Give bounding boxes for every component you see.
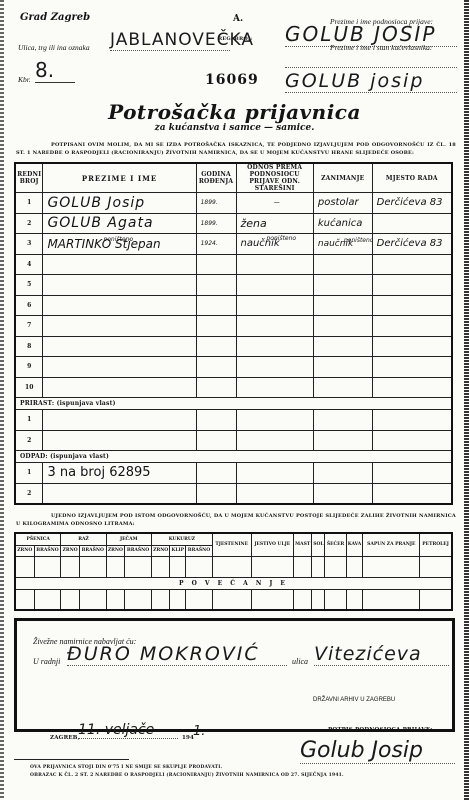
household-row: 4 — [15, 254, 452, 275]
birth-year — [196, 254, 236, 275]
birth-year — [196, 275, 236, 296]
row-number: 1 — [15, 193, 43, 214]
prirast-row: 1 — [15, 410, 452, 431]
workplace — [372, 377, 452, 398]
odpad-label: ODPAD: (ispunjava vlast) — [15, 451, 452, 463]
col-header: KAVA — [346, 533, 363, 556]
birth-year: 1899. — [196, 193, 236, 214]
relation — [236, 377, 313, 398]
supplies-group-header-row: PŠENICA RAŽ JEČAM KUKURUZ TJESTENINE JES… — [15, 533, 452, 545]
workplace — [372, 357, 452, 378]
workplace — [372, 275, 452, 296]
street-label: Ulica, trg ili ina oznaka — [18, 43, 90, 52]
birth-year: 1924. — [196, 234, 236, 255]
place-label: ZAGREB, — [50, 735, 80, 741]
row-number: 1 — [15, 410, 43, 431]
form-letter: A. — [233, 14, 243, 24]
household-header-row: REDNI BROJ PREZIME I IME GODINA ROĐENJA … — [15, 163, 452, 193]
increase-values-row — [15, 589, 452, 610]
birth-year: 1899. — [196, 213, 236, 234]
col-header-occupation: ZANIMANJE — [313, 163, 372, 193]
sub-header: BRAŠNO — [79, 545, 106, 556]
person-name — [43, 254, 196, 275]
relation — [236, 275, 313, 296]
prirast-label: PRIRAST: (ispunjava vlast) — [15, 398, 452, 410]
form-reference-note: OBRAZAC K ČL. 2 ST. 2 NAREDBE O RASPODJE… — [30, 773, 344, 778]
col-header-workplace: MJESTO RADA — [372, 163, 452, 193]
cancelled-stamp: poništeno — [267, 235, 297, 242]
owner-blank-line — [285, 66, 457, 68]
col-header: SOL — [312, 533, 325, 556]
row-number: 2 — [15, 213, 43, 234]
sub-header: BRAŠNO — [34, 545, 61, 556]
occupation: kućanica — [313, 213, 372, 234]
owner-value: GOLUB josip — [285, 70, 457, 93]
footer-rule — [14, 759, 129, 760]
sub-header: ZRNO — [106, 545, 124, 556]
birth-year — [196, 336, 236, 357]
household-row: 2 GOLUB Agata 1899. žena kućanica — [15, 213, 452, 234]
col-header: TJESTENINE — [212, 533, 251, 556]
workplace — [372, 316, 452, 337]
date-value: 11. veljače — [78, 722, 178, 739]
occupation: naučnikponišteno — [313, 234, 372, 255]
person-name: GOLUB Agata — [43, 213, 196, 234]
owner-label: Prezime i ime i stan kućevlasnika: — [330, 43, 432, 52]
prirast-row: 2 — [15, 430, 452, 451]
shop-street-label: ulica — [292, 657, 308, 666]
shop-label: U radnji — [33, 657, 60, 666]
sub-header: BRAŠNO — [125, 545, 152, 556]
occupation — [313, 295, 372, 316]
city-label: Grad Zagreb — [20, 12, 90, 23]
odpad-section-header: ODPAD: (ispunjava vlast) — [15, 451, 452, 463]
odpad-note: 3 na broj 62895 — [43, 463, 196, 484]
workplace — [372, 336, 452, 357]
col-header: JESTIVO ULJE — [251, 533, 293, 556]
occupation — [313, 316, 372, 337]
household-table: REDNI BROJ PREZIME I IME GODINA ROĐENJA … — [14, 162, 453, 505]
signature-label: POTPIS PODNOSIOCA PRIJAVE: — [328, 727, 432, 733]
occupation — [313, 254, 372, 275]
shop-value: ĐURO MOKROVIĆ — [67, 643, 287, 666]
relation — [236, 336, 313, 357]
occupation: postolar — [313, 193, 372, 214]
person-name — [43, 275, 196, 296]
sub-header: ZRNO — [15, 545, 34, 556]
supplies-text: UJEDNO IZJAVLJUJEM POD ISTOM ODGOVORNOŠĆ… — [16, 512, 456, 528]
registration-number: 16069 — [205, 72, 259, 88]
sub-header: KLIP — [170, 545, 186, 556]
house-number-value: 8. — [35, 58, 75, 83]
increase-label: P O V E Ć A N J E — [15, 577, 452, 589]
row-number: 1 — [15, 463, 43, 484]
supplies-table: PŠENICA RAŽ JEČAM KUKURUZ TJESTENINE JES… — [14, 532, 453, 611]
household-row: 10 — [15, 377, 452, 398]
workplace — [372, 295, 452, 316]
relation: naučnikponišteno — [236, 234, 313, 255]
person-name: MARTINKO Stjepanponišteno — [43, 234, 196, 255]
household-row-cancelled: 3 MARTINKO Stjepanponišteno 1924. naučni… — [15, 234, 452, 255]
household-row: 8 — [15, 336, 452, 357]
workplace: Derčićeva 83 — [372, 234, 452, 255]
occupation — [313, 357, 372, 378]
house-number-label: Kbr. — [18, 75, 31, 84]
workplace: Derčićeva 83 — [372, 193, 452, 214]
household-row: 9 — [15, 357, 452, 378]
signature-value: Golub Josip — [300, 738, 455, 764]
street-value: JABLANOVEČKA — [110, 30, 230, 51]
group-header: KUKURUZ — [151, 533, 212, 545]
col-header: ŠEĆER — [325, 533, 346, 556]
row-number: 2 — [15, 430, 43, 451]
supplies-values-row — [15, 556, 452, 577]
birth-year — [196, 295, 236, 316]
shop-box: Živežne namirnice nabavljat ću: U radnji… — [14, 618, 455, 732]
increase-row: P O V E Ć A N J E — [15, 577, 452, 589]
row-number: 6 — [15, 295, 43, 316]
group-header: JEČAM — [106, 533, 151, 545]
col-header: SAPUN ZA PRANJE — [363, 533, 420, 556]
row-number: 5 — [15, 275, 43, 296]
year-suffix: 1. — [193, 724, 205, 739]
occupation — [313, 336, 372, 357]
person-name — [43, 316, 196, 337]
birth-year — [196, 357, 236, 378]
relation: žena — [236, 213, 313, 234]
col-header-relation: ODNOS PREMA PODNOSIOCU PRIJAVE ODN. STAR… — [236, 163, 313, 193]
relation — [236, 295, 313, 316]
person-name — [43, 295, 196, 316]
row-number: 2 — [15, 483, 43, 504]
person-name — [43, 336, 196, 357]
relation — [236, 357, 313, 378]
relation: — — [236, 193, 313, 214]
odpad-row: 2 — [15, 483, 452, 504]
row-number: 9 — [15, 357, 43, 378]
row-number: 8 — [15, 336, 43, 357]
relation — [236, 254, 313, 275]
col-header: PETROLEJ — [420, 533, 452, 556]
group-header: PŠENICA — [15, 533, 61, 545]
sub-header: BRAŠNO — [186, 545, 213, 556]
price-note: OVA PRIJAVNICA STOJI DIN 0'75 I NE SMIJE… — [30, 765, 222, 770]
person-name — [43, 357, 196, 378]
cancelled-stamp: poništeno — [103, 236, 133, 243]
household-row: 5 — [15, 275, 452, 296]
intro-text: POTPISANI OVIM MOLIM, DA MI SE IZDA POTR… — [16, 141, 456, 157]
odpad-row: 13 na broj 62895 — [15, 463, 452, 484]
sub-header: ZRNO — [61, 545, 79, 556]
birth-year — [196, 377, 236, 398]
occupation — [313, 377, 372, 398]
household-row: 1 GOLUB Josip 1899. — postolar Derčićeva… — [15, 193, 452, 214]
col-header-birth-year: GODINA ROĐENJA — [196, 163, 236, 193]
prirast-section-header: PRIRAST: (ispunjava vlast) — [15, 398, 452, 410]
form-subtitle: za kućanstva i samce — samice. — [0, 123, 469, 133]
col-header-name: PREZIME I IME — [43, 163, 196, 193]
shop-street-value: Vitezićeva — [314, 643, 449, 666]
form-title: Potrošačka prijavnica — [0, 100, 469, 124]
row-number: 7 — [15, 316, 43, 337]
workplace — [372, 254, 452, 275]
household-row: 7 — [15, 316, 452, 337]
relation — [236, 316, 313, 337]
person-name: GOLUB Josip — [43, 193, 196, 214]
household-row: 6 — [15, 295, 452, 316]
row-number: 3 — [15, 234, 43, 255]
person-name — [43, 377, 196, 398]
birth-year — [196, 316, 236, 337]
workplace — [372, 213, 452, 234]
row-number: 4 — [15, 254, 43, 275]
cancelled-stamp: poništeno — [344, 237, 372, 244]
group-header: RAŽ — [61, 533, 106, 545]
col-header-no: REDNI BROJ — [15, 163, 43, 193]
col-header: MAST — [293, 533, 311, 556]
occupation — [313, 275, 372, 296]
archive-stamp: DRŽAVNI ARHIV U ZAGREBU — [313, 697, 395, 703]
row-number: 10 — [15, 377, 43, 398]
sub-header: ZRNO — [151, 545, 169, 556]
